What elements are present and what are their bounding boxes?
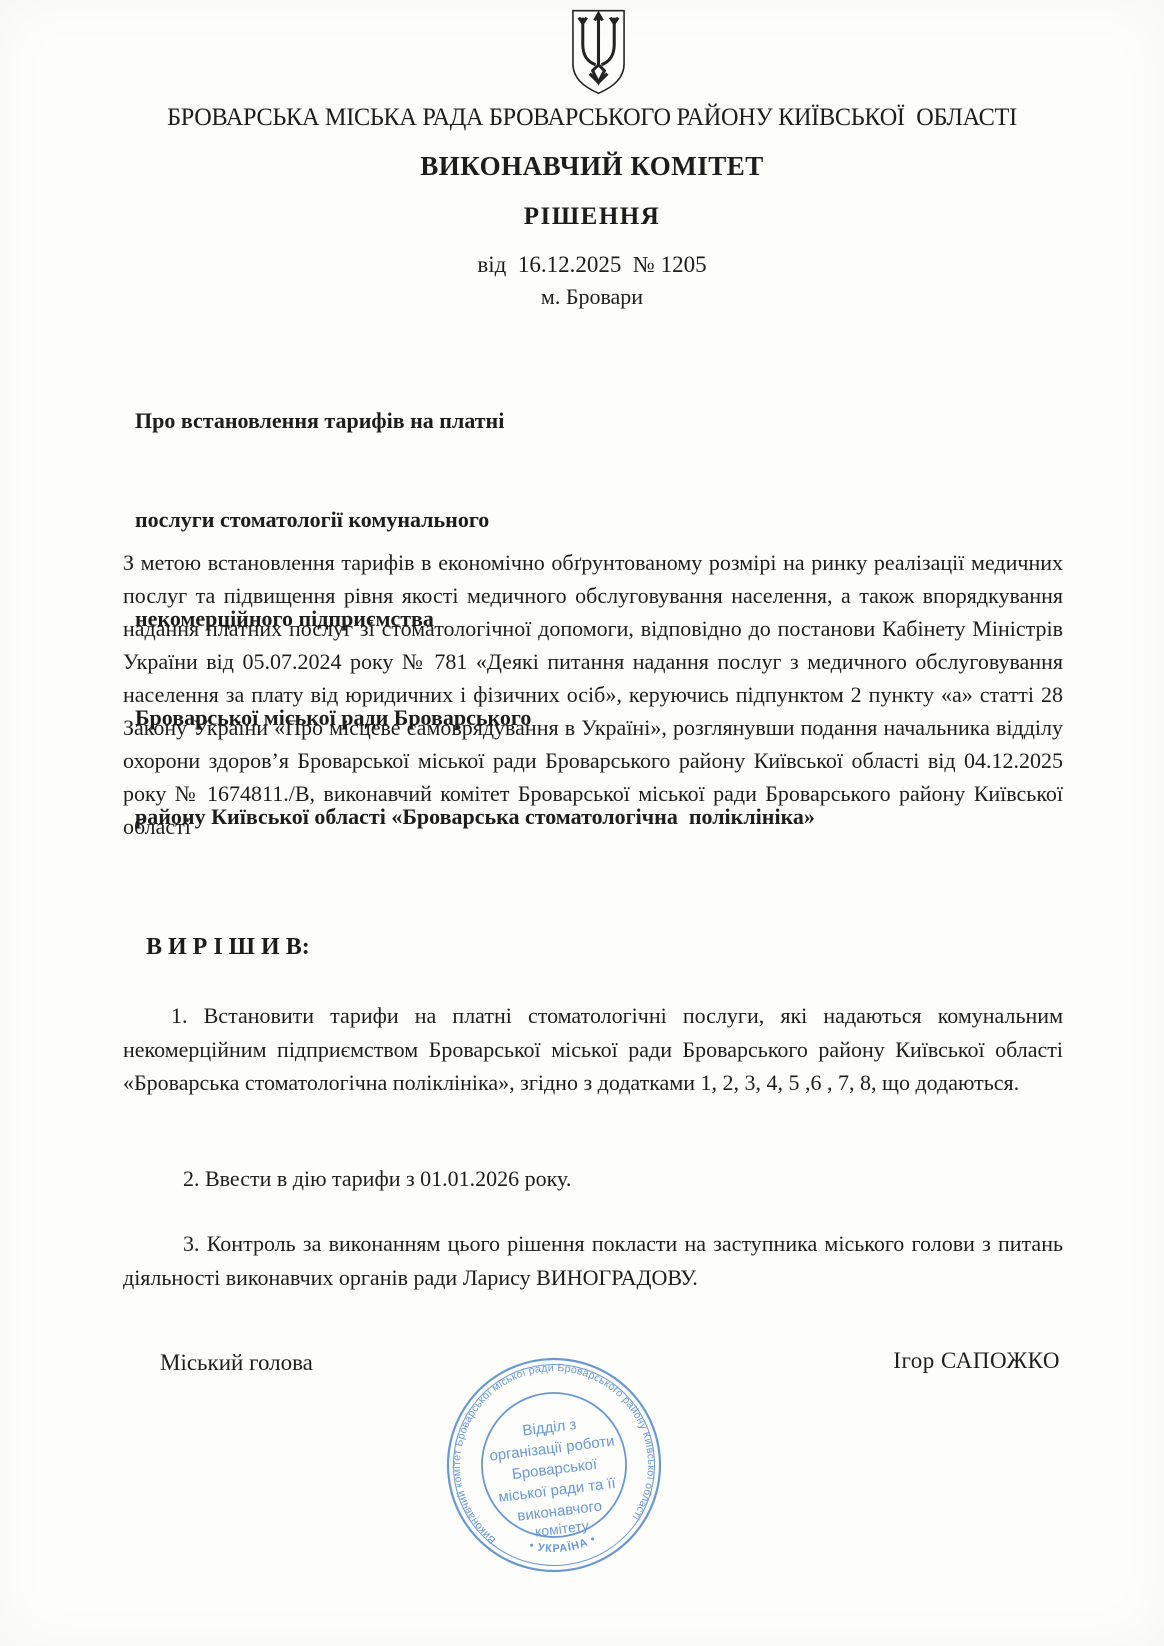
document-type-title: РІШЕННЯ xyxy=(20,203,1164,231)
official-round-stamp: Виконавчий комітет Броварської міської р… xyxy=(426,1337,682,1593)
scanned-decision-document: БРОВАРСЬКА МІСЬКА РАДА БРОВАРСЬКОГО РАЙО… xyxy=(0,0,1164,1646)
ukraine-trident-icon xyxy=(569,8,628,96)
signer-position: Міський голова xyxy=(160,1350,313,1376)
subject-line: послуги стоматології комунального xyxy=(135,503,1035,536)
decision-item-2: 2. Ввести в дію тарифи з 01.01.2026 року… xyxy=(123,1162,1063,1196)
org-name: БРОВАРСЬКА МІСЬКА РАДА БРОВАРСЬКОГО РАЙО… xyxy=(37,104,1147,132)
decision-item-3: 3. Контроль за виконанням цього рішення … xyxy=(123,1227,1063,1294)
decision-item-1: 1. Встановити тарифи на платні стоматоло… xyxy=(123,999,1063,1100)
preamble-paragraph: З метою встановлення тарифів в економічн… xyxy=(123,546,1063,843)
city-line: м. Бровари xyxy=(20,284,1164,310)
subject-line: Про встановлення тарифів на платні xyxy=(135,404,1035,437)
stamp-center-line: Відділ з xyxy=(522,1416,578,1439)
committee-title: ВИКОНАВЧИЙ КОМІТЕТ xyxy=(20,151,1164,182)
signer-name: Ігор САПОЖКО xyxy=(760,1348,1060,1374)
resolution-word: В И Р І Ш И В: xyxy=(146,934,310,961)
date-and-number: від 16.12.2025 № 1205 xyxy=(20,252,1164,278)
